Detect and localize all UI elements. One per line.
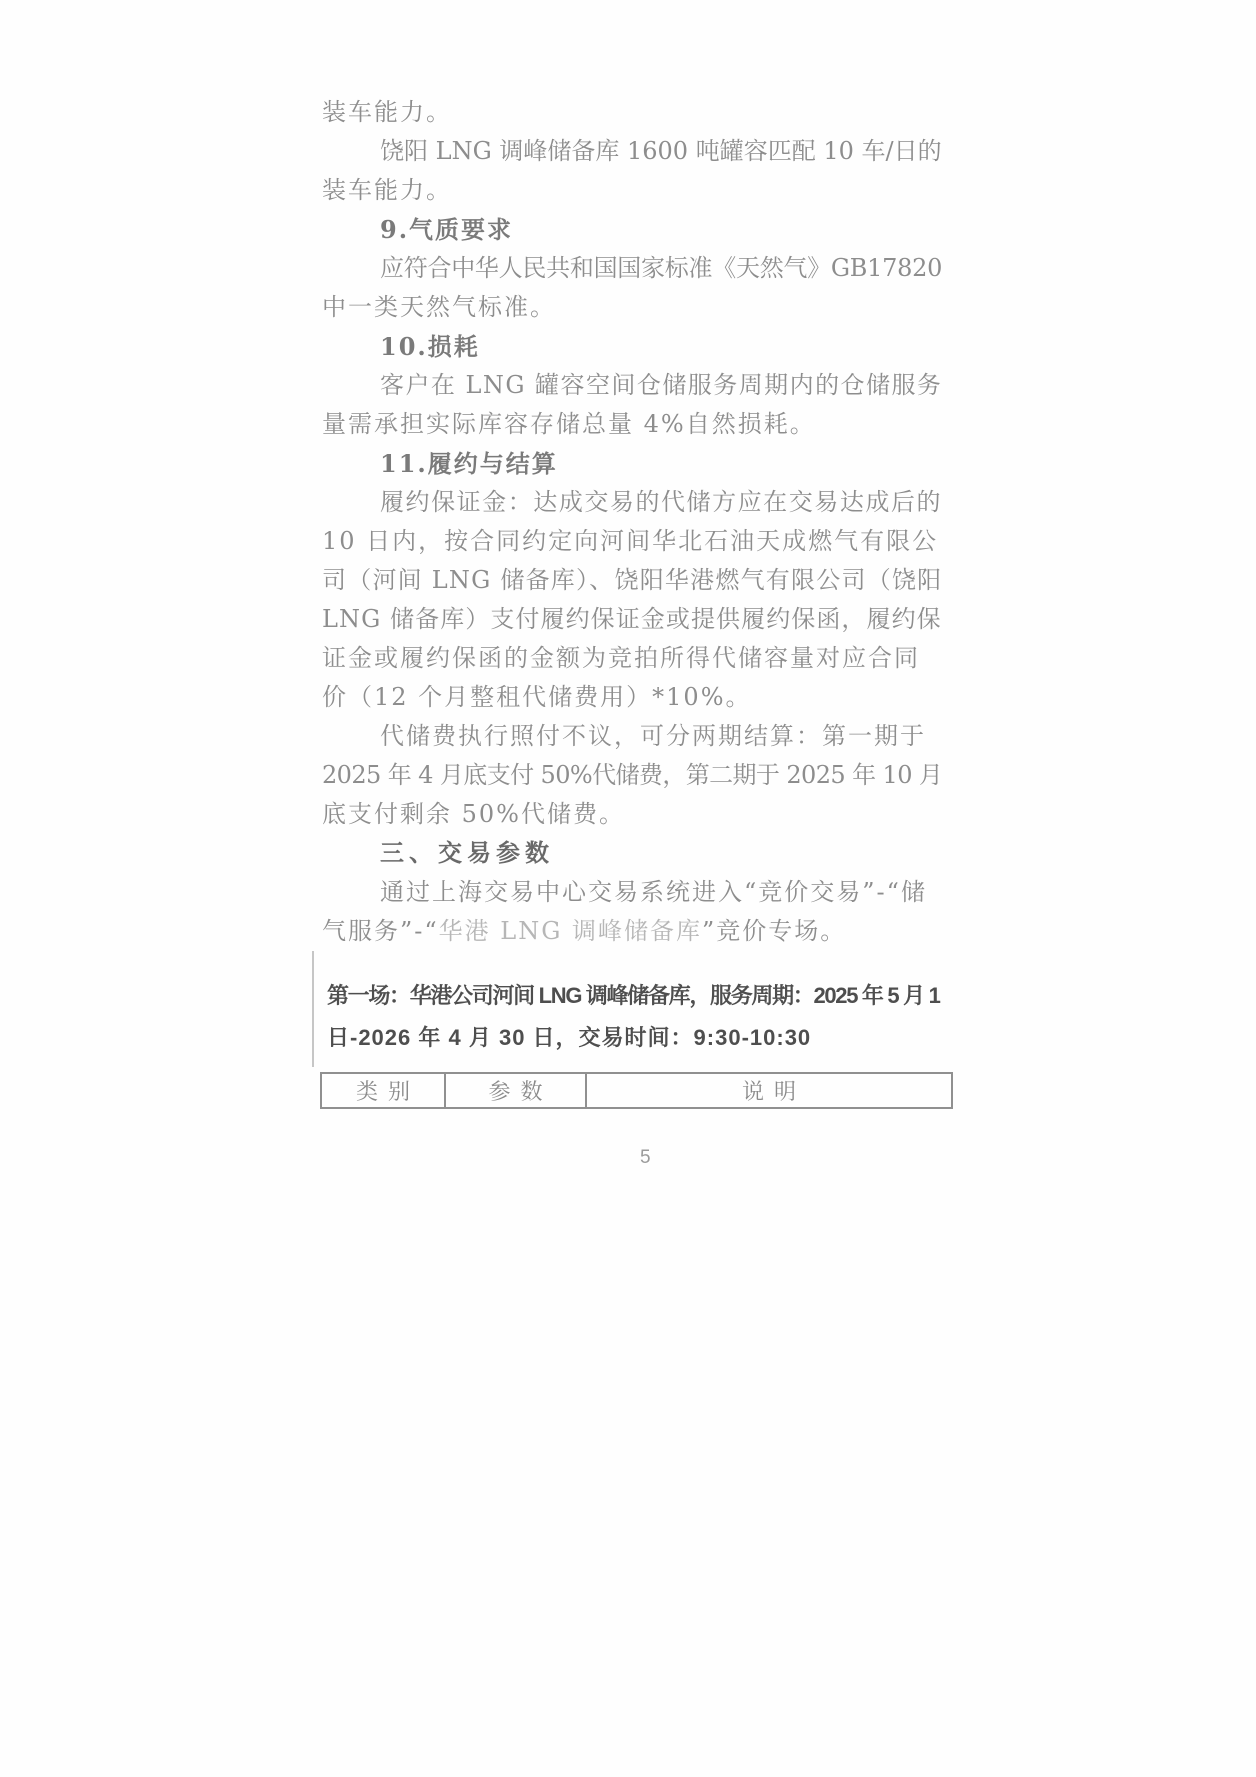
scanned-document-page: 装车能力。饶阳 LNG 调峰储备库 1600 吨罐容匹配 10 车/日的装车能力… <box>0 0 1256 1777</box>
venue-name-highlight: 华港 LNG 调峰储备库 <box>439 917 702 945</box>
text-line: 10 日内，按合同约定向河间华北石油天成燃气有限公 <box>322 522 942 561</box>
text-line: 装车能力。 <box>322 93 942 132</box>
section-title: 三、交易参数 <box>322 834 942 873</box>
text-line: 中一类天然气标准。 <box>322 288 942 327</box>
text-line: 气服务”-“华港 LNG 调峰储备库”竞价专场。 <box>322 912 942 951</box>
text-line: 客户在 LNG 罐容空间仓储服务周期内的仓储服务 <box>322 366 942 405</box>
notice-line-2: 日-2026 年 4 月 30 日，交易时间：9:30-10:30 <box>327 1017 940 1059</box>
text-line: 履约保证金：达成交易的代储方应在交易达成后的 <box>322 483 942 522</box>
text-line: 代储费执行照付不议，可分两期结算：第一期于 <box>322 717 942 756</box>
notice-left-border <box>312 951 314 1067</box>
text-line: 2025 年 4 月底支付 50%代储费，第二期于 2025 年 10 月 <box>322 756 942 795</box>
text-line: 证金或履约保函的金额为竞拍所得代储容量对应合同 <box>322 639 942 678</box>
text-line: 应符合中华人民共和国国家标准《天然气》GB17820 <box>322 249 942 288</box>
text-line: 饶阳 LNG 调峰储备库 1600 吨罐容匹配 10 车/日的 <box>322 132 942 171</box>
table-header-cell: 类别 <box>322 1074 444 1107</box>
document-body: 装车能力。饶阳 LNG 调峰储备库 1600 吨罐容匹配 10 车/日的装车能力… <box>322 93 942 951</box>
section-heading: 10.损耗 <box>322 327 942 366</box>
text-segment: 气服务”-“ <box>322 917 439 945</box>
text-line: LNG 储备库）支付履约保证金或提供履约保函，履约保 <box>322 600 942 639</box>
text-segment: ”竞价专场。 <box>702 917 846 945</box>
table-header-cell: 参数 <box>444 1074 585 1107</box>
text-line: 司（河间 LNG 储备库）、饶阳华港燃气有限公司（饶阳 <box>322 561 942 600</box>
auction-session-notice: 第一场：华港公司河间 LNG 调峰储备库，服务周期：2025 年 5 月 1 日… <box>327 975 940 1059</box>
notice-line-1: 第一场：华港公司河间 LNG 调峰储备库，服务周期：2025 年 5 月 1 <box>327 975 940 1017</box>
text-line: 通过上海交易中心交易系统进入“竞价交易”-“储 <box>322 873 942 912</box>
page-number: 5 <box>640 1147 651 1169</box>
text-line: 价（12 个月整租代储费用）*10%。 <box>322 678 942 717</box>
table-header-cell: 说明 <box>585 1074 951 1107</box>
text-line: 量需承担实际库容存储总量 4%自然损耗。 <box>322 405 942 444</box>
parameters-table: 类别参数说明 <box>320 1072 953 1109</box>
section-heading: 9.气质要求 <box>322 210 942 249</box>
text-line: 底支付剩余 50%代储费。 <box>322 795 942 834</box>
text-line: 装车能力。 <box>322 171 942 210</box>
section-heading: 11.履约与结算 <box>322 444 942 483</box>
table-header-row: 类别参数说明 <box>322 1074 951 1107</box>
